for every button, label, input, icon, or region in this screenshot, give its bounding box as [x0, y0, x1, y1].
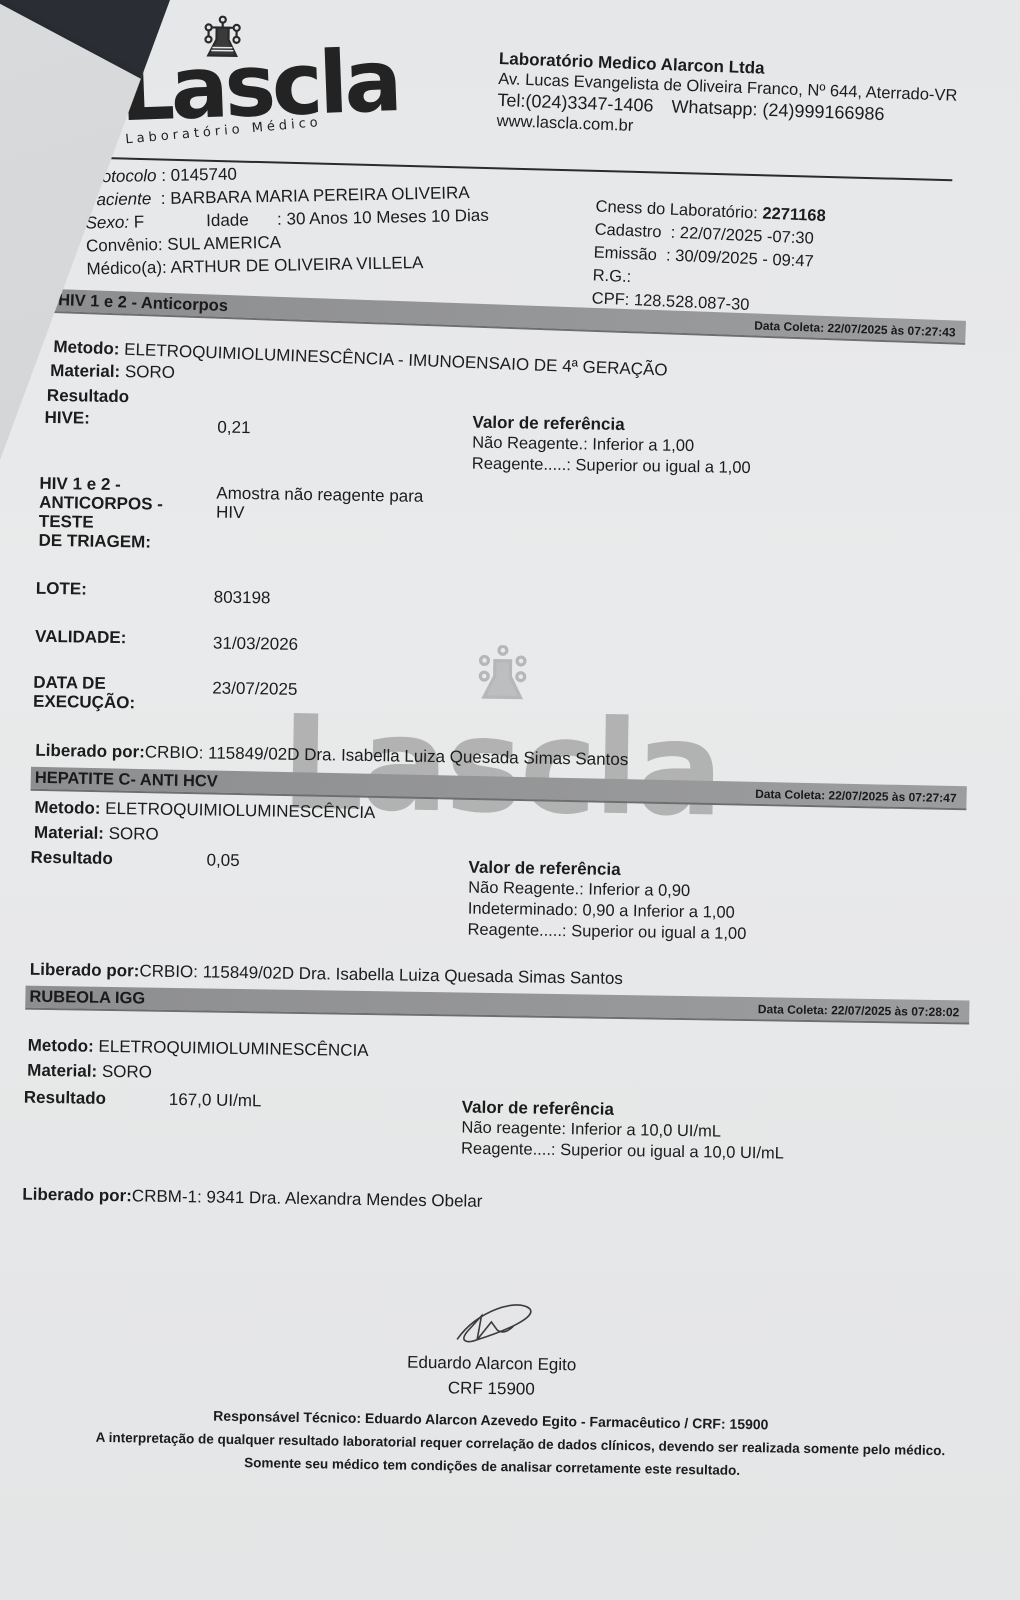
material-label: Material: [27, 1061, 97, 1081]
report-content: Lascla Laboratório Médico Laboratório Me… [0, 0, 1020, 1600]
reference-line: Reagente.....: Superior ou igual a 1,00 [472, 454, 751, 479]
label-line: EXECUÇÃO: [33, 692, 135, 713]
resultado-label: Resultado [30, 848, 112, 869]
reference-line: Reagente....: Superior ou igual a 10,0 U… [461, 1139, 784, 1165]
section-header-rubeola: RUBEOLA IGG Data Coleta: 22/07/2025 às 0… [25, 986, 969, 1025]
data-coleta: Data Coleta: 22/07/2025 às 07:27:43 [754, 318, 956, 339]
reference-line: Reagente.....: Superior ou igual a 1,00 [467, 920, 746, 945]
metodo-label: Metodo: [28, 1036, 94, 1056]
execucao-value: 23/07/2025 [212, 679, 297, 700]
lab-info: Laboratório Medico Alarcon Ltda Av. Luca… [496, 48, 958, 149]
data-coleta: Data Coleta: 22/07/2025 às 07:27:47 [755, 787, 957, 805]
triagem-value: Amostra não reagente para HIV [216, 484, 424, 525]
metodo-value: ELETROQUIMIOLUMINESCÊNCIA [98, 1037, 368, 1060]
label-line: DE TRIAGEM: [38, 531, 162, 552]
emissao-label: Emissão [593, 243, 657, 264]
result-value: 0,05 [206, 850, 239, 871]
liberado-value: CRBM-1: 9341 Dra. Alexandra Mendes Obela… [132, 1186, 483, 1211]
emissao-value: 30/09/2025 - 09:47 [675, 247, 814, 271]
medico-value: ARTHUR DE OLIVEIRA VILLELA [170, 253, 423, 277]
section-title: HEPATITE C- ANTI HCV [35, 769, 218, 792]
liberado-line: Liberado por:CRBIO: 115849/02D Dra. Isab… [30, 960, 623, 989]
liberado-label: Liberado por: [22, 1185, 132, 1206]
hive-value: 0,21 [217, 418, 250, 439]
convenio-value: SUL AMERICA [167, 233, 281, 254]
material-value: SORO [102, 1062, 152, 1082]
result-value: 167,0 UI/mL [169, 1090, 262, 1111]
reference-values: Valor de referência Não Reagente.: Infer… [472, 412, 752, 479]
patient-info: Protocolo : 0145740 Paciente : BARBARA M… [84, 158, 489, 281]
label-line: DATA DE [33, 673, 135, 694]
material-value: SORO [125, 362, 175, 382]
metodo-value: ELETROQUIMIOLUMINESCÊNCIA - IMUNOENSAIO … [124, 340, 668, 380]
metodo-label: Metodo: [34, 798, 100, 818]
lab-report-page: Lascla Laboratório Médico Laboratório Me… [0, 0, 1020, 1600]
sexo-label: Sexo: [85, 213, 129, 233]
watermark-flask-icon [474, 645, 531, 706]
triagem-label: HIV 1 e 2 - ANTICORPOS - TESTE DE TRIAGE… [38, 474, 163, 552]
rg-label: R.G.: [592, 266, 631, 286]
idade-value: 30 Anos 10 Meses 10 Dias [286, 206, 489, 229]
metodo-line: Metodo: ELETROQUIMIOLUMINESCÊNCIA [28, 1036, 369, 1061]
protocolo-value: 0145740 [171, 165, 238, 185]
lote-label: LOTE: [36, 579, 87, 600]
section-title: RUBEOLA IGG [29, 988, 145, 1009]
liberado-label: Liberado por: [35, 741, 145, 762]
medico-label: Médico(a): [86, 258, 167, 279]
resultado-label: Resultado [47, 386, 129, 407]
signature-icon [447, 1299, 538, 1350]
metodo-value: ELETROQUIMIOLUMINESCÊNCIA [105, 799, 375, 822]
material-line: Material: SORO [34, 823, 159, 845]
reference-values: Valor de referência Não Reagente.: Infer… [467, 857, 747, 945]
validade-value: 31/03/2026 [213, 634, 298, 655]
convenio-label: Convênio: [86, 235, 163, 255]
hive-label: HIVE: [44, 408, 90, 429]
material-line: Material: SORO [50, 361, 175, 383]
metodo-line: Metodo: ELETROQUIMIOLUMINESCÊNCIA [34, 798, 375, 823]
label-line: TESTE [39, 512, 163, 533]
value-line: Amostra não reagente para [216, 484, 423, 506]
label-line: ANTICORPOS - [39, 493, 163, 514]
section-title: HIV 1 e 2 - Anticorpos [58, 291, 228, 316]
liberado-line: Liberado por:CRBM-1: 9341 Dra. Alexandra… [22, 1185, 482, 1212]
idade-label: Idade [206, 208, 249, 232]
resultado-label: Resultado [24, 1088, 106, 1109]
liberado-label: Liberado por: [30, 960, 140, 981]
material-line: Material: SORO [27, 1061, 152, 1083]
material-label: Material: [50, 361, 120, 381]
validade-label: VALIDADE: [35, 627, 127, 648]
cness-value: 2271168 [762, 204, 826, 225]
reference-values: Valor de referência Não reagente: Inferi… [461, 1097, 785, 1165]
section-header-hiv: HIV 1 e 2 - Anticorpos Data Coleta: 22/0… [54, 289, 966, 345]
liberado-value: CRBIO: 115849/02D Dra. Isabella Luiza Qu… [139, 961, 623, 988]
lote-value: 803198 [214, 588, 271, 609]
cpf-label: CPF: [591, 289, 629, 309]
execucao-label: DATA DE EXECUÇÃO: [33, 673, 136, 713]
metodo-label: Metodo: [53, 337, 120, 359]
material-label: Material: [34, 823, 104, 843]
label-line: HIV 1 e 2 - [39, 474, 163, 495]
data-coleta: Data Coleta: 22/07/2025 às 07:28:02 [758, 1002, 960, 1019]
cadastro-value: 22/07/2025 -07:30 [680, 224, 815, 248]
liberado-value: CRBIO: 115849/02D Dra. Isabella Luiza Qu… [145, 742, 629, 769]
liberado-line: Liberado por:CRBIO: 115849/02D Dra. Isab… [35, 741, 628, 770]
value-line: HIV [216, 503, 423, 525]
cadastro-label: Cadastro [594, 220, 662, 241]
lab-meta: Cness do Laboratório: 2271168 Cadastro :… [591, 196, 826, 321]
sexo-value: F [134, 212, 145, 231]
material-value: SORO [109, 824, 159, 844]
